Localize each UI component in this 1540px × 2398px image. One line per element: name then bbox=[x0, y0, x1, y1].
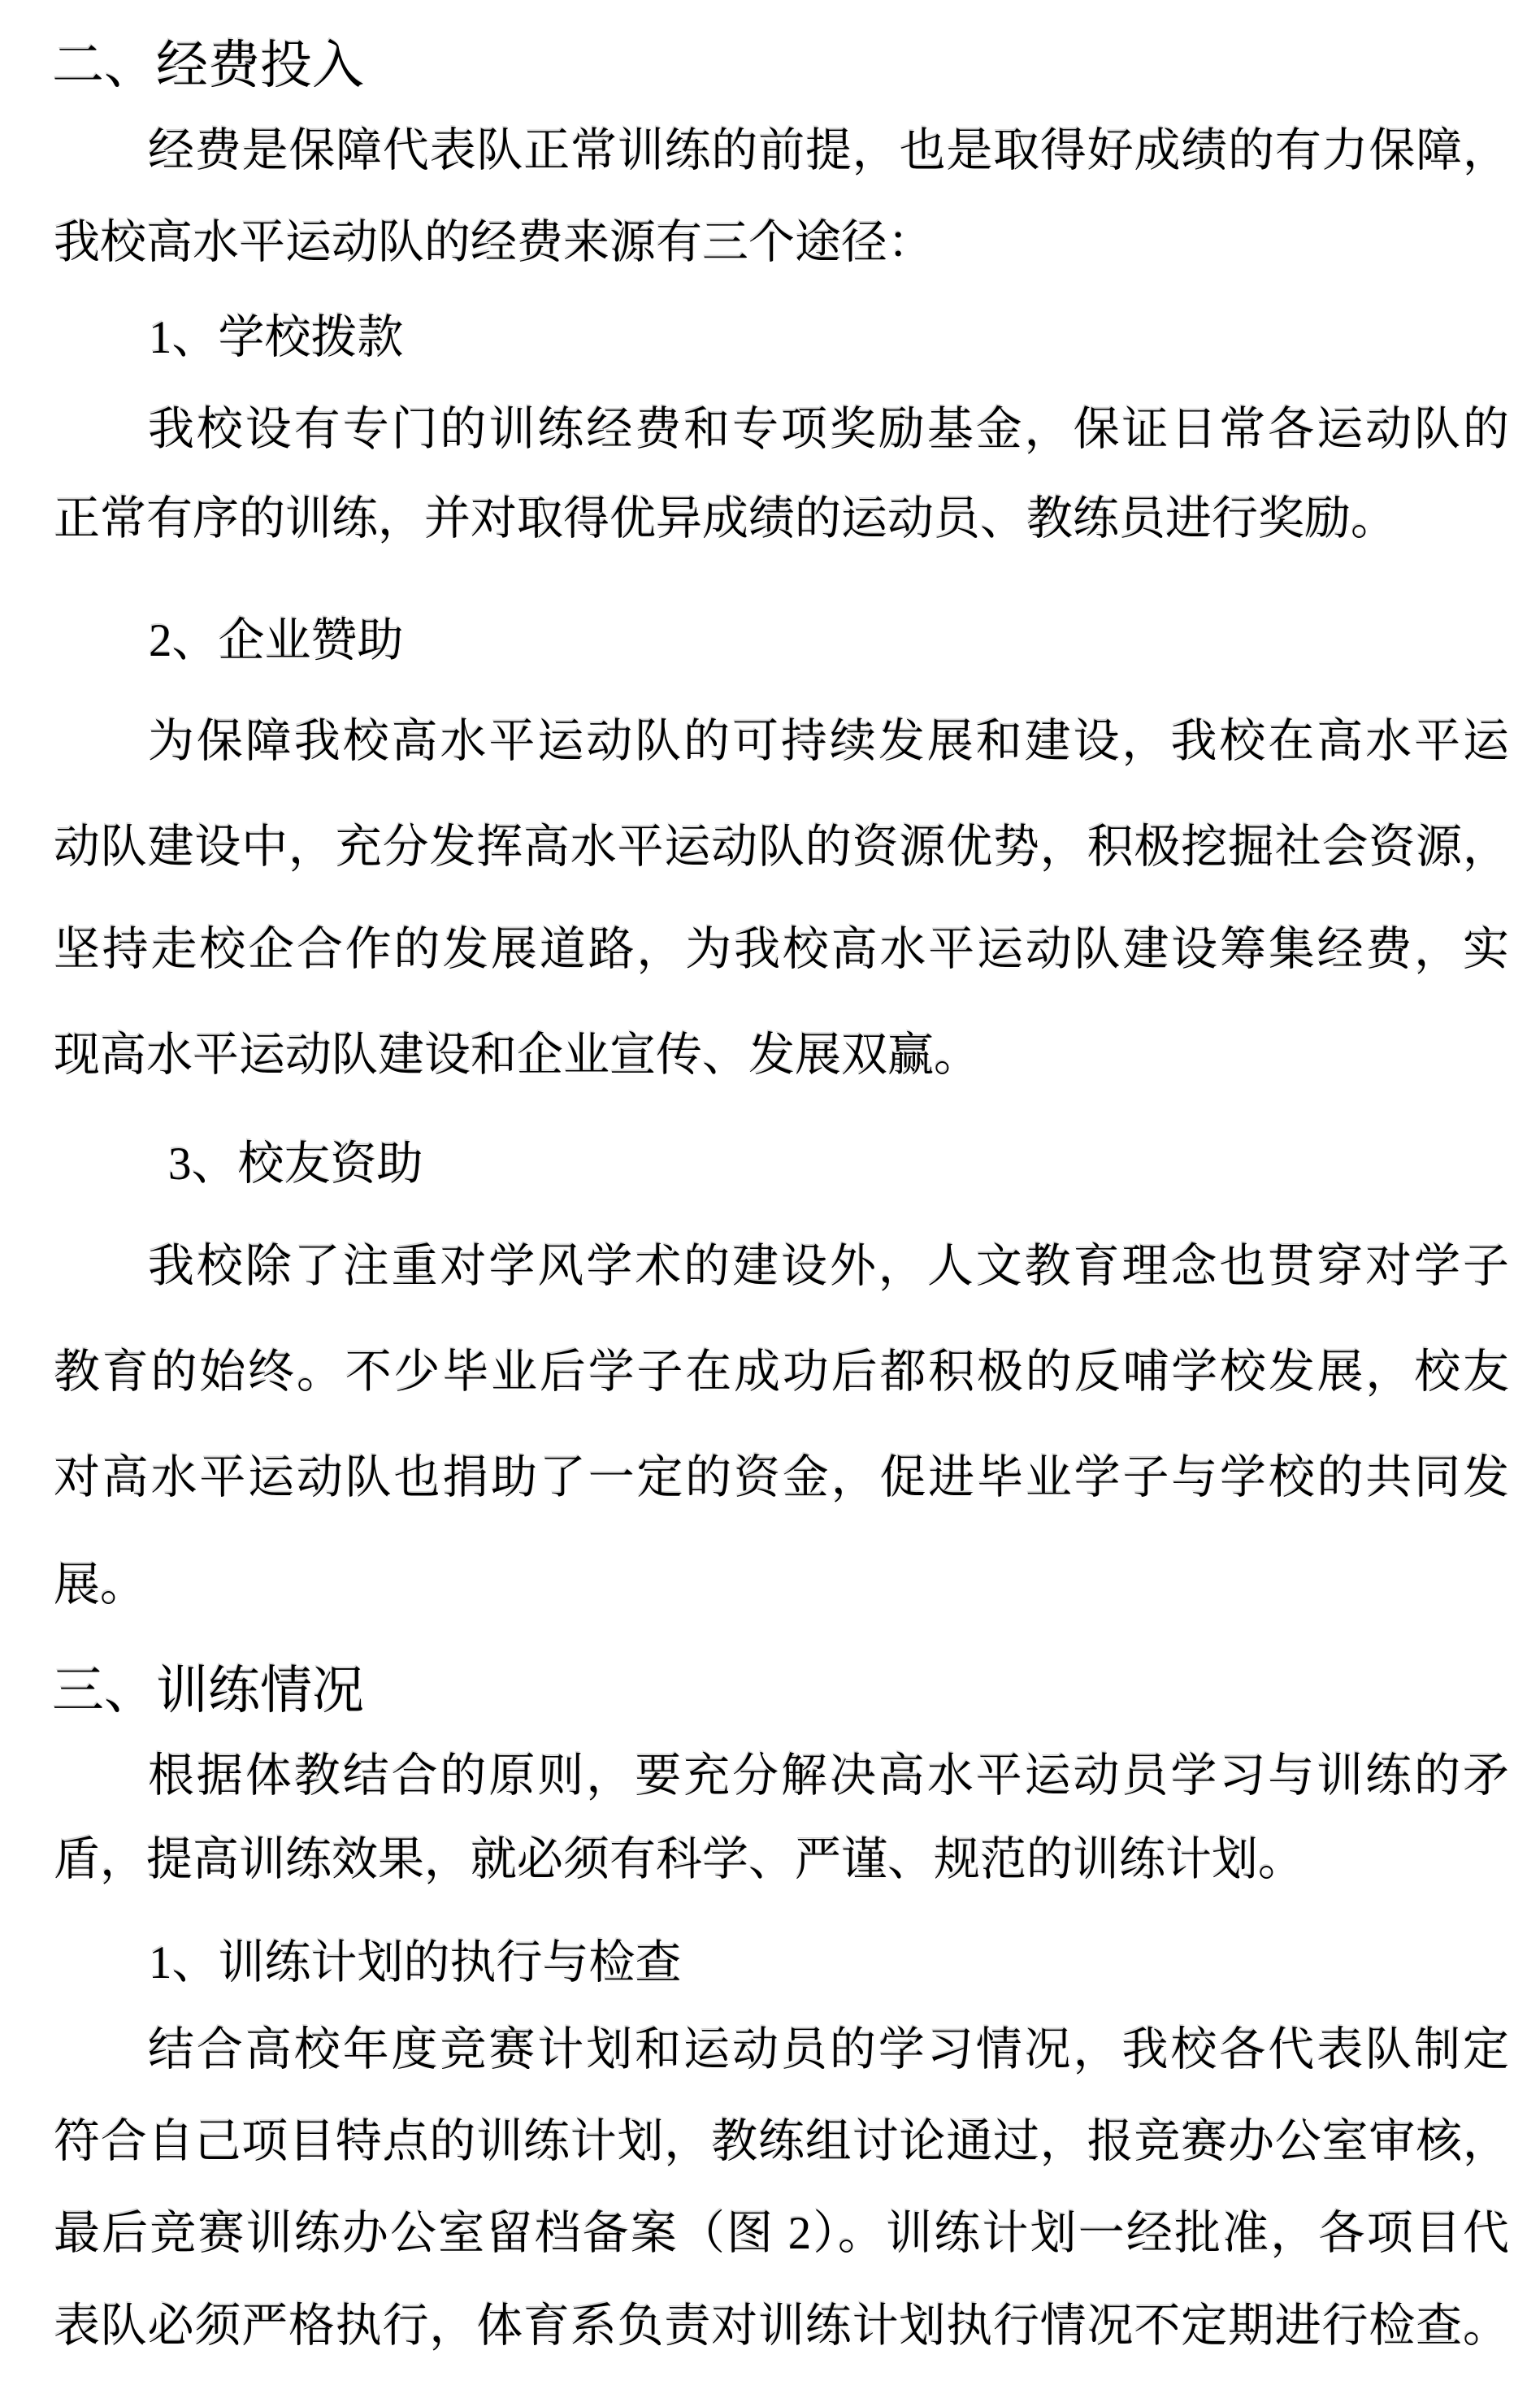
alumni-line-4: 展。 bbox=[54, 1558, 146, 1613]
training-plan-line-4: 表队必须严格执行，体育系负责对训练计划执行情况不定期进行检查。 bbox=[54, 2299, 1509, 2354]
funding-intro-line-1: 经费是保障代表队正常训练的前提，也是取得好成绩的有力保障， bbox=[148, 124, 1509, 179]
training-plan-line-3: 最后竞赛训练办公室留档备案（图 2）。训练计划一经批准，各项目代 bbox=[54, 2206, 1509, 2261]
school-allocation-line-1: 我校设有专门的训练经费和专项奖励基金，保证日常各运动队的 bbox=[148, 402, 1509, 457]
enterprise-line-3: 坚持走校企合作的发展道路，为我校高水平运动队建设筹集经费，实 bbox=[54, 922, 1509, 978]
funding-intro-line-2: 我校高水平运动队的经费来源有三个途径： bbox=[54, 215, 934, 271]
alumni-line-1: 我校除了注重对学风学术的建设外，人文教育理念也贯穿对学子 bbox=[148, 1239, 1509, 1294]
school-allocation-line-2: 正常有序的训练，并对取得优异成绩的运动员、教练员进行奖励。 bbox=[54, 492, 1397, 547]
heading-funding: 二、经费投入 bbox=[52, 35, 364, 98]
document-page: 二、经费投入 经费是保障代表队正常训练的前提，也是取得好成绩的有力保障， 我校高… bbox=[0, 0, 1540, 2398]
training-plan-line-1: 结合高校年度竞赛计划和运动员的学习情况，我校各代表队制定 bbox=[148, 2023, 1509, 2078]
enterprise-line-4: 现高水平运动队建设和企业宣传、发展双赢。 bbox=[54, 1028, 980, 1083]
subheading-enterprise-sponsorship: 2、企业赞助 bbox=[149, 614, 404, 669]
training-intro-line-1: 根据体教结合的原则，要充分解决高水平运动员学习与训练的矛 bbox=[148, 1749, 1509, 1804]
heading-training: 三、训练情况 bbox=[52, 1660, 364, 1723]
training-plan-line-2: 符合自己项目特点的训练计划，教练组讨论通过，报竞赛办公室审核， bbox=[54, 2114, 1509, 2170]
subheading-school-allocation: 1、学校拨款 bbox=[149, 310, 404, 366]
training-intro-line-2: 盾，提高训练效果，就必须有科学、严谨、规范的训练计划。 bbox=[54, 1832, 1304, 1888]
subheading-training-plan: 1、训练计划的执行与检查 bbox=[149, 1936, 682, 1991]
alumni-line-3: 对高水平运动队也捐助了一定的资金，促进毕业学子与学校的共同发 bbox=[54, 1451, 1509, 1506]
subheading-alumni-support: 3、校友资助 bbox=[168, 1137, 423, 1192]
alumni-line-2: 教育的始终。不少毕业后学子在成功后都积极的反哺学校发展，校友 bbox=[54, 1345, 1509, 1400]
enterprise-line-1: 为保障我校高水平运动队的可持续发展和建设，我校在高水平运 bbox=[148, 714, 1509, 770]
enterprise-line-2: 动队建设中，充分发挥高水平运动队的资源优势，积极挖掘社会资源， bbox=[54, 820, 1509, 875]
